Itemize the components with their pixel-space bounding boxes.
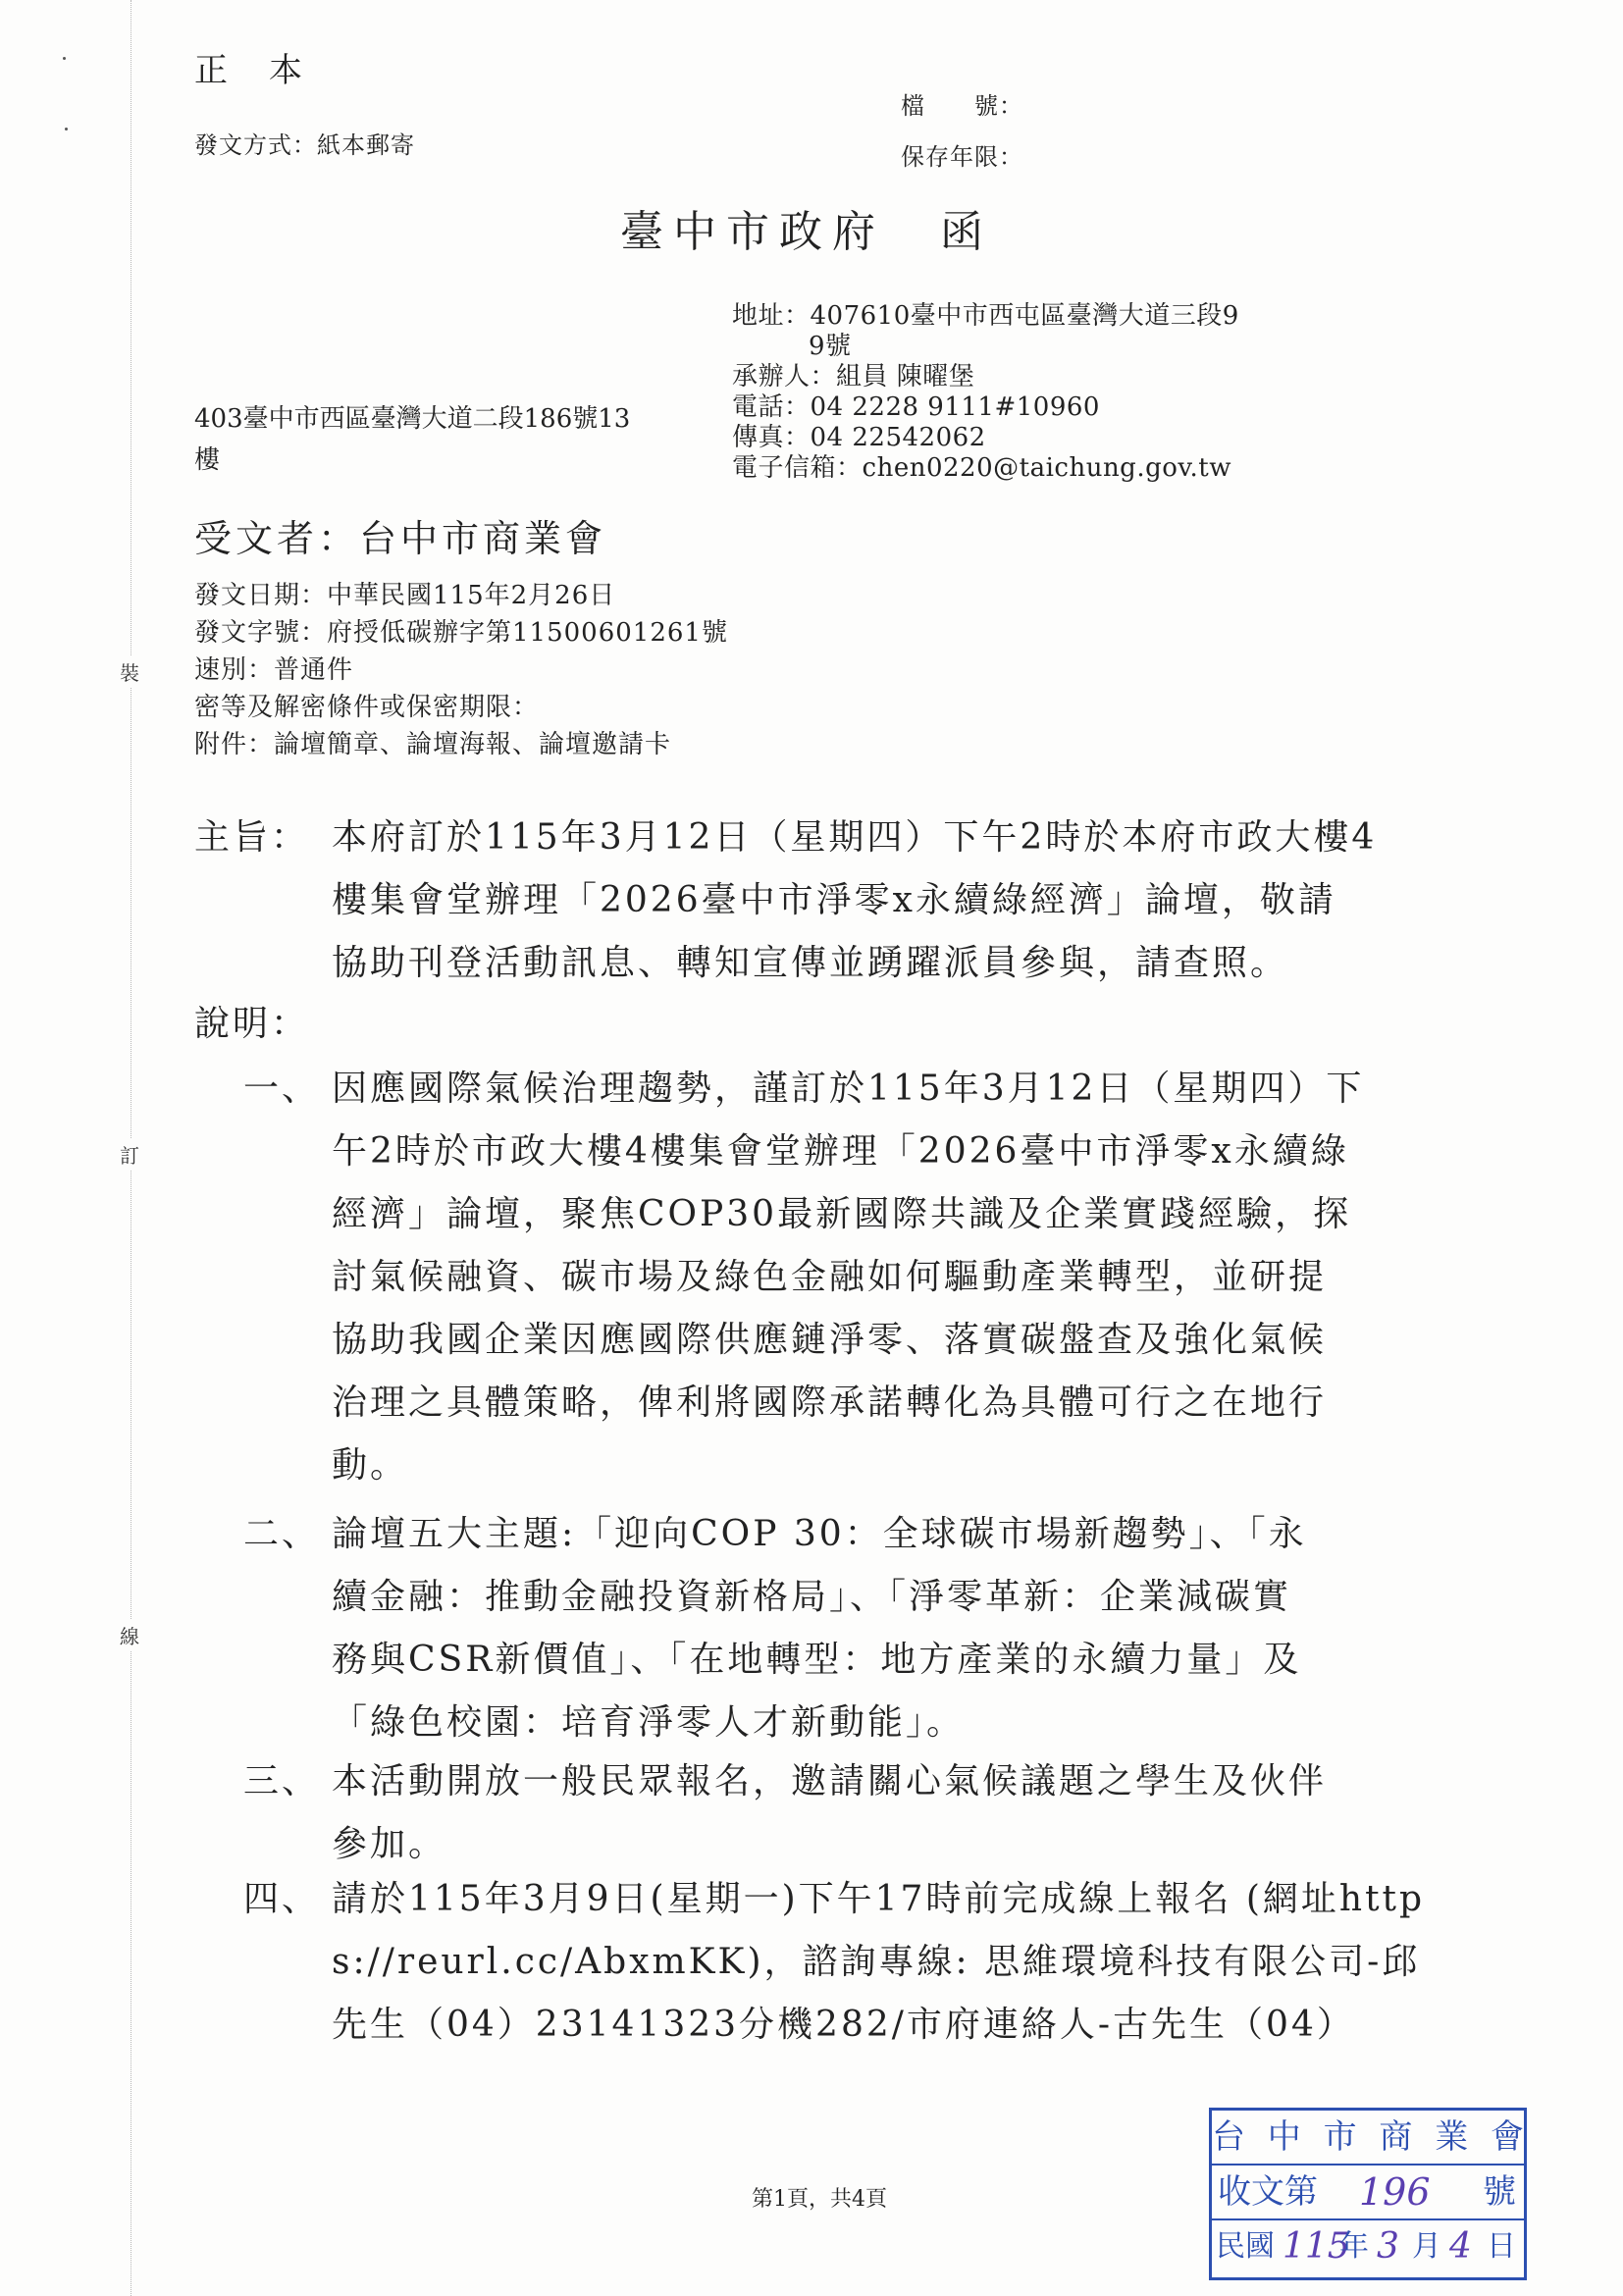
stamp-month-label: 月 xyxy=(1412,2220,1441,2273)
handler-row: 承辦人：組員 陳曜堡 xyxy=(732,362,1239,392)
page-indicator: 第1頁，共4頁 xyxy=(752,2182,887,2213)
item-marker: 二、 xyxy=(243,1503,320,1566)
item-line: 參加。 xyxy=(332,1813,1327,1876)
item-line: 本活動開放一般民眾報名，邀請關心氣候議題之學生及伙伴 xyxy=(332,1750,1327,1813)
subject-line: 本府訂於115年3月12日（星期四）下午2時於本府市政大樓4 xyxy=(332,807,1377,869)
recipient-address-line2: 樓 xyxy=(194,440,630,481)
address-row-cont: 9號 xyxy=(732,332,1239,362)
item-line: 論壇五大主題:「迎向COP 30：全球碳市場新趨勢」、「永 xyxy=(332,1503,1307,1566)
fax-value: 04 22542062 xyxy=(811,423,986,452)
binding-mark-xian: 線 xyxy=(120,1619,139,1651)
stamp-month: 3 xyxy=(1377,2220,1399,2273)
explanation-label: 說明： xyxy=(194,993,309,1056)
agency-name: 臺中市政府 xyxy=(620,207,885,257)
item-body: 論壇五大主題:「迎向COP 30：全球碳市場新趨勢」、「永 續金融：推動金融投資… xyxy=(332,1503,1307,1754)
subject-line: 樓集會堂辦理「2026臺中市淨零x永續綠經濟」論壇，敬請 xyxy=(332,869,1377,932)
email-row: 電子信箱：chen0220@taichung.gov.tw xyxy=(732,453,1239,484)
handler-value: 組員 陳曜堡 xyxy=(836,362,974,391)
item-line: 協助我國企業因應國際供應鏈淨零、落實碳盤查及強化氣候 xyxy=(332,1309,1364,1372)
stamp-receipt-row: 收文第 196 號 xyxy=(1212,2166,1524,2220)
security-row: 密等及解密條件或保密期限： xyxy=(194,689,728,726)
item-line: 「綠色校園：培育淨零人才新動能」。 xyxy=(332,1692,1307,1754)
stamp-receipt-suffix: 號 xyxy=(1483,2166,1516,2218)
stamp-date-row: 民國 115 年 3 月 4 日 xyxy=(1212,2220,1524,2273)
item-line: 因應國際氣候治理趨勢，謹訂於115年3月12日（星期四）下 xyxy=(332,1058,1364,1121)
item-line: 請於115年3月9日(星期一)下午17時前完成線上報名 (網址http xyxy=(332,1868,1425,1931)
retention-label: 保存年限： xyxy=(901,137,1023,172)
delivery-method: 發文方式：紙本郵寄 xyxy=(194,126,415,160)
stamp-year-label: 年 xyxy=(1339,2220,1369,2273)
recipient: 受文者：台中市商業會 xyxy=(194,508,606,562)
email-value: chen0220@taichung.gov.tw xyxy=(863,453,1231,483)
subject-body: 本府訂於115年3月12日（星期四）下午2時於本府市政大樓4 樓集會堂辦理「20… xyxy=(332,807,1377,995)
item-line: 治理之具體策略，俾利將國際承諾轉化為具體可行之在地行 xyxy=(332,1372,1364,1435)
binding-mark-zhuang: 裝 xyxy=(120,655,139,688)
issue-date: 中華民國115年2月26日 xyxy=(327,581,615,610)
issue-date-row: 發文日期：中華民國115年2月26日 xyxy=(194,577,728,614)
item-marker: 三、 xyxy=(243,1750,320,1813)
attachments-value: 論壇簡章、論壇海報、論壇邀請卡 xyxy=(274,730,671,759)
item-marker: 四、 xyxy=(243,1868,320,1931)
stamp-day-label: 日 xyxy=(1487,2220,1516,2273)
subject-line: 協助刊登活動訊息、轉知宣傳並踴躍派員參與，請查照。 xyxy=(332,932,1377,995)
fax-row: 傳真：04 22542062 xyxy=(732,423,1239,453)
page-title: 臺中市政府函 xyxy=(620,196,993,259)
item-line: 動。 xyxy=(332,1435,1364,1497)
phone-value: 04 2228 9111#10960 xyxy=(811,392,1100,422)
address-row: 地址：407610臺中市西屯區臺灣大道三段9 xyxy=(732,301,1239,332)
subject-label: 主旨： xyxy=(194,807,309,869)
recipient-name: 台中市商業會 xyxy=(359,517,606,560)
file-number-label: 檔 號： xyxy=(901,86,1023,121)
speed-value: 普通件 xyxy=(274,655,353,685)
speed-row: 速別：普通件 xyxy=(194,652,728,689)
item-line: 討氣候融資、碳市場及綠色金融如何驅動產業轉型，並研提 xyxy=(332,1246,1364,1309)
doc-number: 府授低碳辦字第11500601261號 xyxy=(327,618,728,648)
sender-contact-block: 地址：407610臺中市西屯區臺灣大道三段9 9號 承辦人：組員 陳曜堡 電話：… xyxy=(732,301,1239,484)
binding-mark-ding: 訂 xyxy=(120,1138,139,1171)
recipient-address-line1: 403臺中市西區臺灣大道二段186號13 xyxy=(194,398,630,440)
item-body: 本活動開放一般民眾報名，邀請關心氣候議題之學生及伙伴 參加。 xyxy=(332,1750,1327,1876)
item-line: 務與CSR新價值」、「在地轉型：地方產業的永續力量」及 xyxy=(332,1629,1307,1692)
phone-row: 電話：04 2228 9111#10960 xyxy=(732,392,1239,423)
attachments-row: 附件：論壇簡章、論壇海報、論壇邀請卡 xyxy=(194,726,728,763)
document-meta: 發文日期：中華民國115年2月26日 發文字號：府授低碳辦字第115006012… xyxy=(194,577,728,763)
stamp-org: 台 中 市 商 業 會 xyxy=(1212,2111,1524,2166)
item-line: 午2時於市政大樓4樓集會堂辦理「2026臺中市淨零x永續綠 xyxy=(332,1121,1364,1183)
item-line: 續金融：推動金融投資新格局」、「淨零革新：企業減碳實 xyxy=(332,1566,1307,1629)
item-line: 經濟」論壇，聚焦COP30最新國際共識及企業實踐經驗，探 xyxy=(332,1183,1364,1246)
receipt-stamp: 台 中 市 商 業 會 收文第 196 號 民國 115 年 3 月 4 日 xyxy=(1209,2108,1527,2280)
stamp-receipt-label: 收文第 xyxy=(1218,2166,1318,2218)
stamp-receipt-number: 196 xyxy=(1359,2166,1431,2218)
stamp-date-prefix: 民國 xyxy=(1216,2220,1275,2273)
doc-type: 函 xyxy=(940,207,993,257)
item-body: 因應國際氣候治理趨勢，謹訂於115年3月12日（星期四）下 午2時於市政大樓4樓… xyxy=(332,1058,1364,1497)
copy-type: 正 本 xyxy=(194,43,306,91)
item-line: s://reurl.cc/AbxmKK)，諮詢專線: 思維環境科技有限公司-邱 xyxy=(332,1931,1425,1994)
stamp-day: 4 xyxy=(1449,2220,1472,2273)
scan-speck xyxy=(63,57,66,60)
doc-number-row: 發文字號：府授低碳辦字第11500601261號 xyxy=(194,614,728,652)
item-body: 請於115年3月9日(星期一)下午17時前完成線上報名 (網址http s://… xyxy=(332,1868,1425,2057)
item-marker: 一、 xyxy=(243,1058,320,1121)
item-line: 先生（04）23141323分機282/市府連絡人-古先生（04） xyxy=(332,1994,1425,2057)
recipient-label: 受文者： xyxy=(194,517,359,560)
address-value: 407610臺中市西屯區臺灣大道三段9 xyxy=(811,301,1239,331)
recipient-address: 403臺中市西區臺灣大道二段186號13 樓 xyxy=(194,398,630,481)
scan-speck xyxy=(65,128,68,130)
